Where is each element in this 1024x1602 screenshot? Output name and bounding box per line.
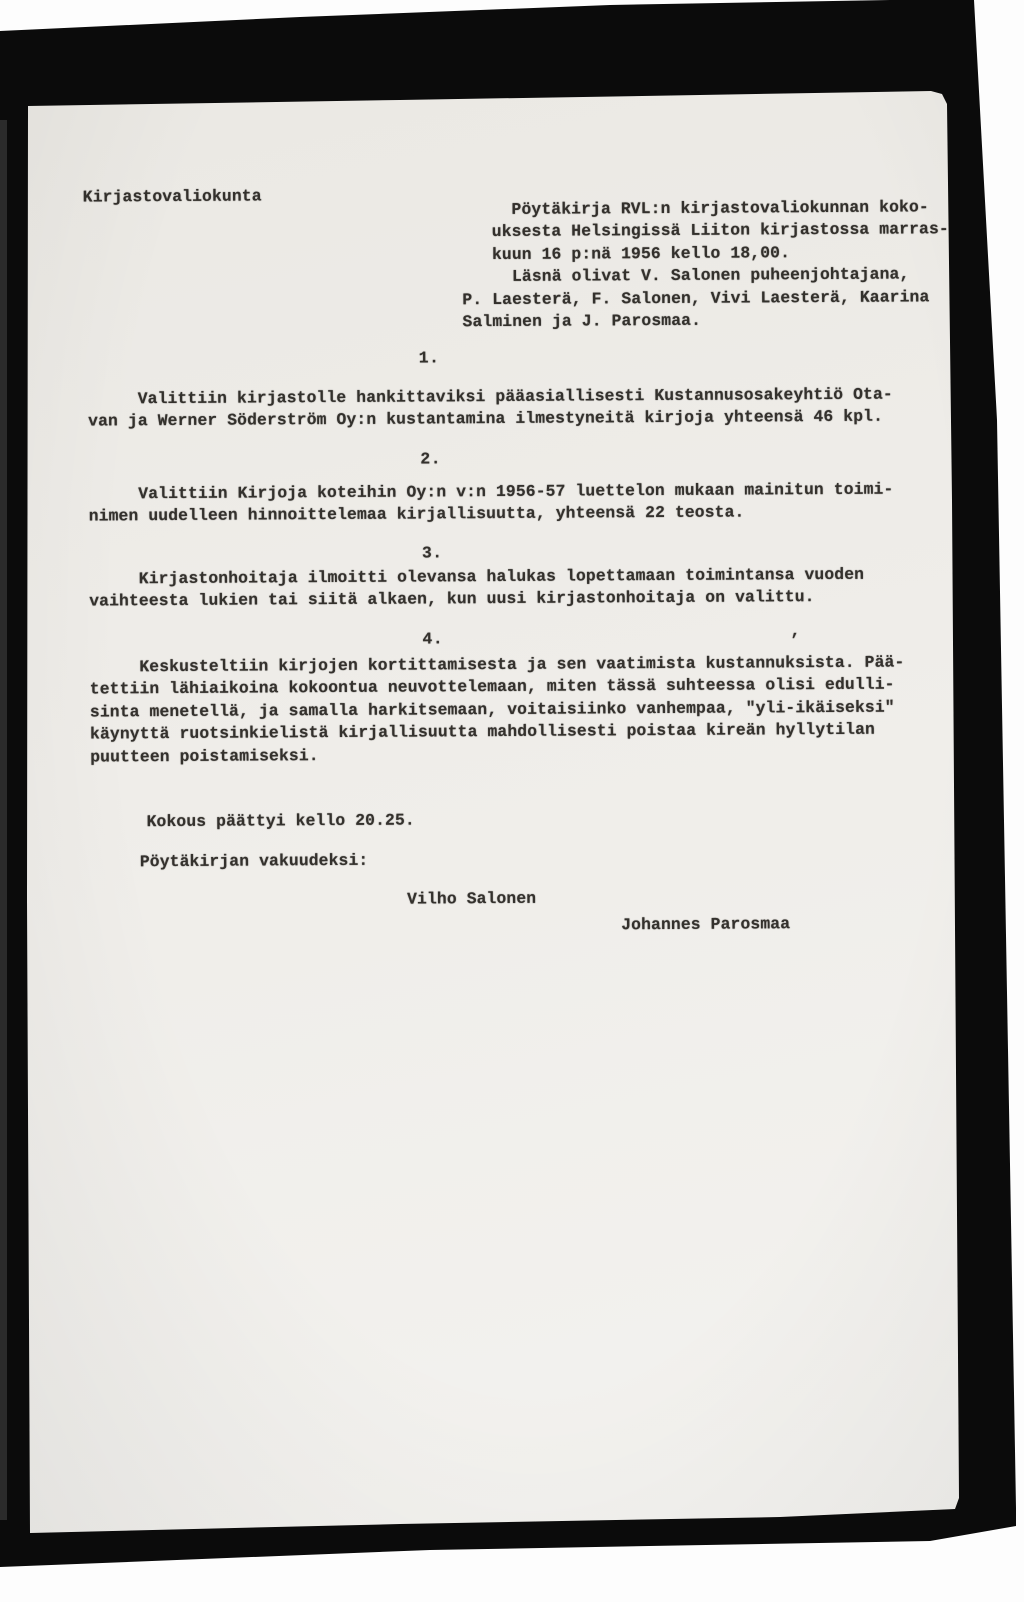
header-line: uksesta Helsingissä Liiton kirjastossa m… [462,219,949,244]
header-line: Pöytäkirja RVL:n kirjastovaliokunnan kok… [462,196,949,221]
section-number-3: 3. [422,542,443,565]
header-line: Läsnä olivat V. Salonen puheenjohtajana, [462,263,949,288]
protocol-header-block: Pöytäkirja RVL:n kirjastovaliokunnan kok… [462,196,950,333]
section-4-paragraph: Keskusteltiin kirjojen kortittamisesta j… [90,652,905,769]
signature-chairman: Vilho Salonen [407,888,536,911]
section-number-4: 4. [422,628,443,651]
header-line: Salminen ja J. Parosmaa. [462,308,949,333]
header-line: kuun 16 p:nä 1956 kello 18,00. [462,241,949,266]
paragraph-line: nimen uudelleen hinnoittelemaa kirjallis… [89,501,894,528]
meeting-end-line: Kokous päättyi kello 20.25. [147,810,415,834]
section-number-1: 1. [419,347,440,370]
section-2-paragraph: Valittiin Kirjoja koteihin Oy:n v:n 1956… [89,479,894,529]
paragraph-line: van ja Werner Söderström Oy:n kustantami… [88,406,893,433]
paragraph-line: puutteen poistamiseksi. [90,741,905,768]
section-3-paragraph: Kirjastonhoitaja ilmoitti olevansa haluk… [89,564,864,614]
header-line: P. Laesterä, F. Salonen, Vivi Laesterä, … [462,286,949,311]
section-number-2: 2. [420,448,441,471]
scanned-document-photo: Kirjastovaliokunta Pöytäkirja RVL:n kirj… [0,0,1024,1602]
signature-secretary: Johannes Parosmaa [621,913,790,936]
document-text: Kirjastovaliokunta Pöytäkirja RVL:n kirj… [0,0,1024,1602]
paragraph-line: vaihteesta lukien tai siitä alkaen, kun … [89,586,864,613]
section-1-paragraph: Valittiin kirjastolle hankittaviksi pääa… [88,384,893,434]
attestation-line: Pöytäkirjan vakuudeksi: [140,850,369,874]
committee-heading: Kirjastovaliokunta [83,185,262,208]
stray-ink-mark: , [790,620,800,642]
